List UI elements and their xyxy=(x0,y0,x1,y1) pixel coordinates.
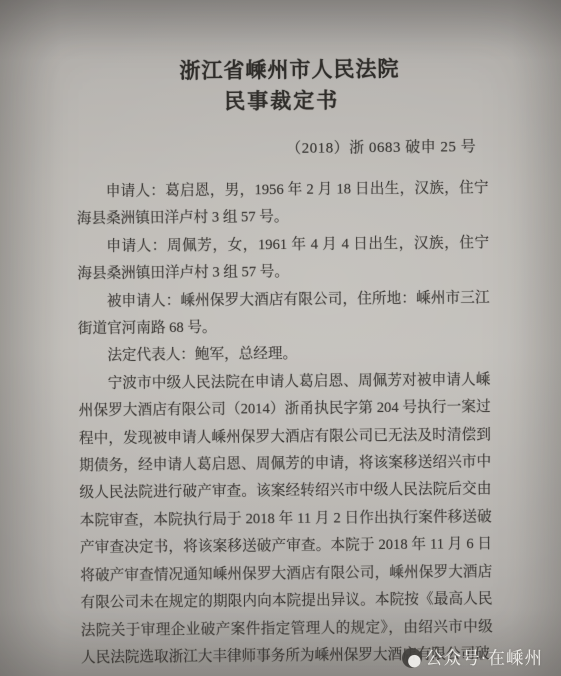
document-type-title: 民事裁定书 xyxy=(76,84,488,118)
case-number: （2018）浙 0683 破申 25 号 xyxy=(76,136,488,162)
applicant-1-paragraph: 申请人：葛启恩，男，1956 年 2 月 18 日出生，汉族，住宁海县桑洲镇田洋… xyxy=(76,175,489,234)
document-body: 申请人：葛启恩，男，1956 年 2 月 18 日出生，汉族，住宁海县桑洲镇田洋… xyxy=(76,175,493,672)
civil-ruling-document: 浙江省嵊州市人民法院 民事裁定书 （2018）浙 0683 破申 25 号 申请… xyxy=(0,0,561,676)
legal-representative-paragraph: 法定代表人：鲍军，总经理。 xyxy=(78,339,490,370)
applicant-2-paragraph: 申请人：周佩芳，女，1961 年 4 月 4 日出生，汉族，住宁海县桑洲镇田洋卢… xyxy=(77,230,490,289)
document-photo: 浙江省嵊州市人民法院 民事裁定书 （2018）浙 0683 破申 25 号 申请… xyxy=(0,0,561,676)
court-name: 浙江省嵊州市人民法院 xyxy=(83,52,495,88)
respondent-paragraph: 被申请人：嵊州保罗大酒店有限公司，住所地：嵊州市三江街道官河南路 68 号。 xyxy=(78,285,491,344)
ruling-main-paragraph: 宁波市中级人民法院在申请人葛启恩、周佩芳对被申请人嵊州保罗大酒店有限公司（201… xyxy=(78,367,493,672)
